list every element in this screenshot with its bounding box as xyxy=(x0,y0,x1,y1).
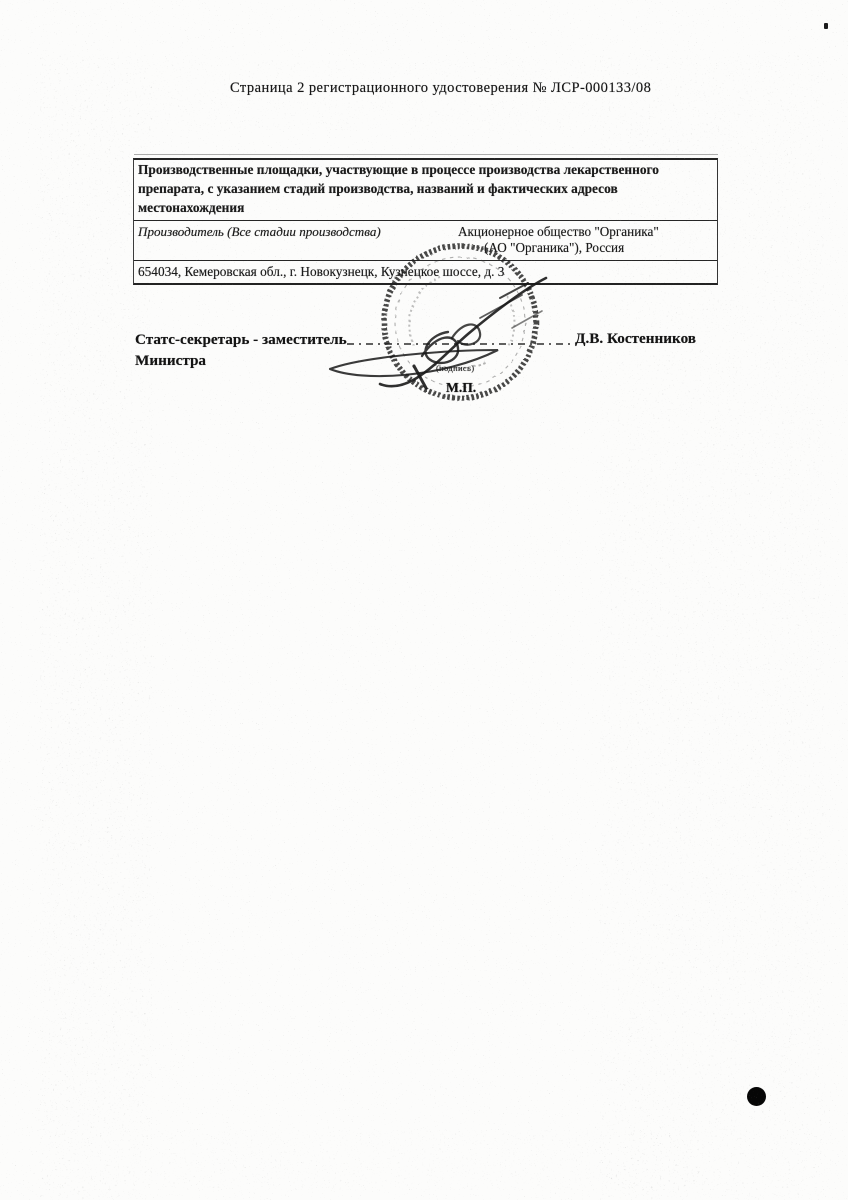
table-header-line: препарата, с указанием стадий производст… xyxy=(138,180,712,199)
official-title-line: Статс-секретарь - заместитель xyxy=(135,330,347,351)
page-title: Страница 2 регистрационного удостоверени… xyxy=(230,80,651,97)
table-top-ghost-line xyxy=(134,154,718,155)
table-header-cell: Производственные площадки, участвующие в… xyxy=(134,160,717,221)
table-header-line: местонахождения xyxy=(138,199,712,218)
official-title-line: Министра xyxy=(135,351,347,372)
table-header-line: Производственные площадки, участвующие в… xyxy=(138,161,712,180)
scan-artifact-dot-bottom xyxy=(747,1087,766,1106)
official-name: Д.В. Костенников xyxy=(575,330,696,348)
official-title: Статс-секретарь - заместитель Министра xyxy=(135,330,347,371)
seal-inner-text-arc xyxy=(507,296,514,348)
signature-caption: (подпись) xyxy=(436,363,474,373)
scanned-document-page: Страница 2 регистрационного удостоверени… xyxy=(0,0,848,1200)
seal-place-mark: М.П. xyxy=(446,380,476,396)
scan-artifact-dot-top xyxy=(824,23,828,29)
